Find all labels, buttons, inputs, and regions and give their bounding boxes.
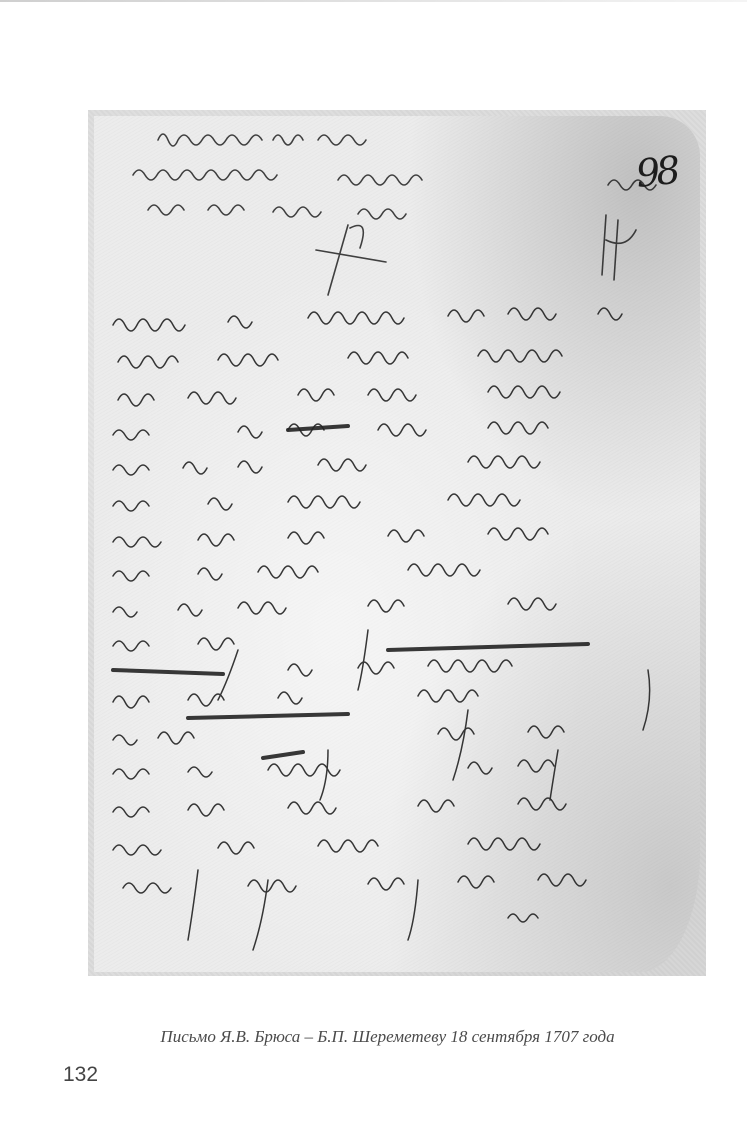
handwriting-strokes	[88, 110, 706, 976]
manuscript-photo: 98	[88, 110, 706, 976]
top-edge-rule	[0, 0, 747, 2]
folio-number: 98	[634, 148, 679, 196]
figure-caption-text: Письмо Я.В. Брюса – Б.П. Шереметеву 18 с…	[160, 1027, 614, 1047]
figure-caption: Письмо Я.В. Брюса – Б.П. Шереметеву 18 с…	[0, 1027, 747, 1047]
page-number: 132	[63, 1063, 98, 1087]
